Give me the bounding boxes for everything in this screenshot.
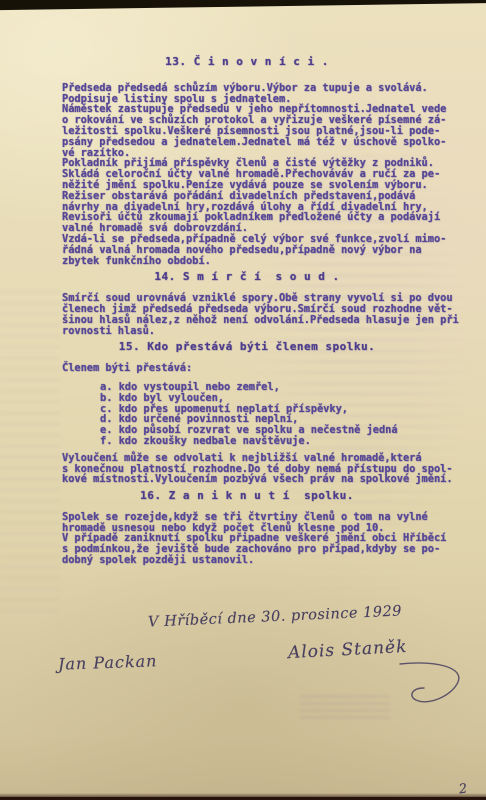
section-heading: 16. Z a n i k n u t í spolku. (62, 491, 432, 502)
typed-line: Předseda předsedá schůzím výboru.Výbor z… (62, 83, 462, 94)
typed-line: kové místnosti.Vyloučením pozbývá všech … (62, 474, 462, 485)
scan-edge-bottom (0, 793, 486, 800)
paragraph-block: Předseda předsedá schůzím výboru.Výbor z… (62, 83, 462, 267)
typed-line: dobný spolek později ustanovil. (62, 555, 462, 566)
typed-line: Režiser obstarává pořádání divadelních p… (62, 191, 462, 202)
paragraph-block: Členem býti přestává: (62, 363, 462, 374)
typed-line: rovnosti hlasů. (62, 326, 462, 337)
typed-line: psány předsedou a jednatelem.Jednatel má… (62, 137, 462, 148)
list-block: a. kdo vystoupil nebo zemřel,b. kdo byl … (100, 382, 462, 447)
typed-line: řádná valná hromada nového předsedu,příp… (62, 245, 462, 256)
list-item: f. kdo zkoušky nedbale navštěvuje. (100, 436, 462, 447)
typed-line: Vyloučení může se odvolati k nejbližší v… (62, 453, 462, 464)
signature-flourish-stroke (398, 658, 476, 710)
paragraph-block: Spolek se rozejde,když se tři čtvrtiny č… (62, 512, 462, 566)
list-item: b. kdo byl vyloučen, (100, 393, 462, 404)
typed-line: Členem býti přestává: (62, 363, 462, 374)
signature-right: Alois Staněk (288, 637, 408, 663)
typed-text: 13. Č i n o v n í c i .Předseda předsedá… (62, 3, 462, 566)
scanned-paper: 13. Č i n o v n í c i .Předseda předsedá… (0, 3, 486, 797)
typed-line: zbytek funkčního období. (62, 256, 462, 267)
typed-line: šinou hlasů nález,z něhož není odvolání.… (62, 315, 462, 326)
section-heading: 15. Kdo přestává býti členem spolku. (62, 342, 432, 353)
section-heading: 13. Č i n o v n í c i . (62, 57, 432, 68)
paragraph-block: Smírčí soud urovnává vzniklé spory.Obě s… (62, 293, 462, 336)
paragraph-block: Vyloučení může se odvolati k nejbližší v… (62, 453, 462, 485)
bleedthrough-smudge (300, 691, 390, 719)
bleedthrough-texture (0, 283, 60, 613)
signature-left: Jan Packan (58, 651, 158, 673)
section-heading: 14. S m í r č í s o u d . (62, 272, 432, 283)
handwritten-date: V Hříběcí dne 30. prosince 1929 (148, 603, 403, 630)
